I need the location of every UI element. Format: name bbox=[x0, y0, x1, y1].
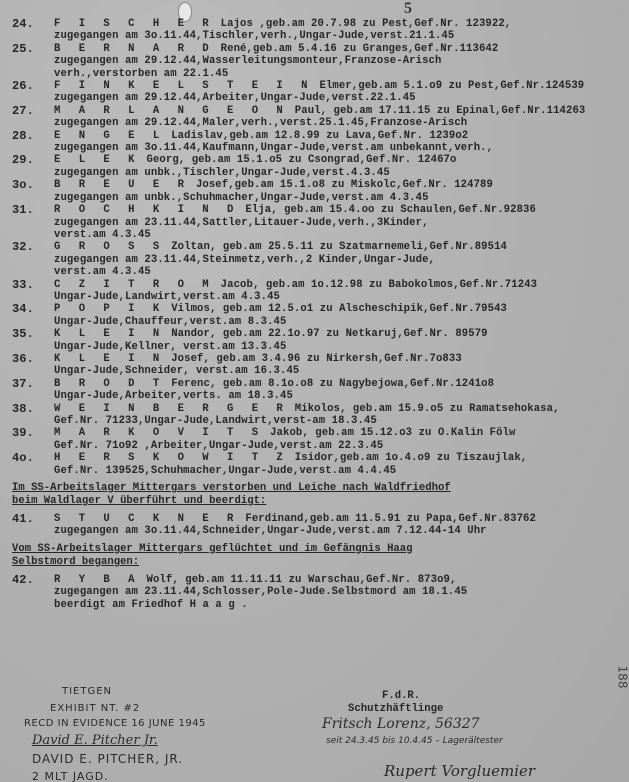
entry-line: zugegangen am unbk.,Tischler,Ungar-Jude,… bbox=[54, 167, 617, 179]
handwritten-name-pitcher: DAVID E. PITCHER, JR. bbox=[32, 752, 183, 766]
entry-surname: B E R N A R D bbox=[54, 43, 215, 55]
entry-line: verh.,verstorben am 22.1.45 bbox=[54, 68, 617, 80]
entry-surname: B R O D T bbox=[54, 378, 165, 390]
entry-line: P O P I KVilmos, geb.am 12.5.o1 zu Alsch… bbox=[54, 303, 617, 315]
entry-line: Ungar-Jude,Arbeiter,verts. am 18.3.45 bbox=[54, 390, 617, 402]
entry-line: Gef.Nr. 139525,Schuhmacher,Ungar-Jude,ve… bbox=[54, 465, 617, 477]
entry-line: F I N K E L S T E I NElmer,geb.am 5.1.o9… bbox=[54, 80, 617, 92]
entry-number: 29. bbox=[12, 154, 54, 179]
entry-line: Ungar-Jude,Kellner, verst.am 13.3.45 bbox=[54, 341, 617, 353]
entry-line: beerdigt am Friedhof H a a g . bbox=[54, 599, 617, 611]
entry-surname: C Z I T R O M bbox=[54, 279, 215, 291]
entry-line: Gef.Nr. 71o92 ,Arbeiter,Ungar-Jude,verst… bbox=[54, 440, 617, 452]
entry-number: 26. bbox=[12, 80, 54, 105]
entry-line: C Z I T R O MJacob, geb.am 1o.12.98 zu B… bbox=[54, 279, 617, 291]
prisoner-entry: 36.K L E I NJosef, geb.am 3.4.96 zu Nirk… bbox=[12, 353, 617, 378]
prisoner-entry: 26.F I N K E L S T E I NElmer,geb.am 5.1… bbox=[12, 80, 617, 105]
handwritten-exhibit: EXHIBIT NT. #2 bbox=[50, 703, 140, 714]
section-heading-haag: Vom SS-Arbeitslager Mittergars geflüchte… bbox=[12, 543, 617, 569]
prisoner-entry: 39.M A R K O V I T SJakob, geb.am 15.12.… bbox=[12, 427, 617, 452]
handwritten-unit: 2 MLT JAGD. bbox=[32, 770, 109, 782]
entry-number: 4o. bbox=[12, 452, 54, 477]
entry-line: E N G E LLadislav,geb.am 12.8.99 zu Lava… bbox=[54, 130, 617, 142]
handwritten-tietgen: TIETGEN bbox=[62, 686, 112, 697]
prisoner-entry: 37.B R O D TFerenc, geb.am 8.1o.o8 zu Na… bbox=[12, 378, 617, 403]
entry-number: 32. bbox=[12, 241, 54, 278]
entry-line: zugegangen am 23.11.44,Schlosser,Pole-Ju… bbox=[54, 586, 617, 598]
entry-number: 42. bbox=[12, 574, 54, 611]
entry-surname: M A R K O V I T S bbox=[54, 427, 264, 439]
entry-line: verst.am 4.3.45 bbox=[54, 266, 617, 278]
prisoner-entry: 3o.B R E U E RJosef,geb.am 15.1.o8 zu Mi… bbox=[12, 179, 617, 204]
entry-line: Ungar-Jude,Chauffeur,verst.am 8.3.45 bbox=[54, 316, 617, 328]
entry-surname: F I S C H E R bbox=[54, 18, 215, 30]
entry-line: zugegangen am unbk.,Schuhmacher,Ungar-Ju… bbox=[54, 192, 617, 204]
entry-surname: P O P I K bbox=[54, 303, 165, 315]
entry-line: zugegangen am 3o.11.44,Kaufmann,Ungar-Ju… bbox=[54, 142, 617, 154]
margin-number: 188 bbox=[615, 666, 629, 689]
entry-number: 34. bbox=[12, 303, 54, 328]
section-heading-waldfriedhof: Im SS-Arbeitslager Mittergars verstorben… bbox=[12, 482, 617, 508]
signature-pitcher: David E. Pitcher Jr. bbox=[32, 733, 158, 748]
entries-list: 24.F I S C H E RLajos ,geb.am 20.7.98 zu… bbox=[12, 18, 617, 611]
entry-line: B E R N A R DRené,geb.am 5.4.16 zu Grang… bbox=[54, 43, 617, 55]
entry-number: 36. bbox=[12, 353, 54, 378]
entry-line: G R O S SZoltan, geb.am 25.5.11 zu Szatm… bbox=[54, 241, 617, 253]
entry-surname: R O C H K I N D bbox=[54, 204, 239, 216]
entry-line: R O C H K I N DElja, geb.am 15.4.oo zu S… bbox=[54, 204, 617, 216]
prisoner-entry: 27.M A R L A N G E O NPaul, geb.am 17.11… bbox=[12, 105, 617, 130]
typed-fdr: F.d.R. bbox=[382, 690, 420, 702]
entry-number: 28. bbox=[12, 130, 54, 155]
prisoner-entry: 4o.H E R S K O W I T ZIsidor,geb.am 1o.4… bbox=[12, 452, 617, 477]
entry-line: M A R L A N G E O NPaul, geb.am 17.11.15… bbox=[54, 105, 617, 117]
entry-number: 41. bbox=[12, 513, 54, 538]
entry-line: B R E U E RJosef,geb.am 15.1.o8 zu Misko… bbox=[54, 179, 617, 191]
entry-surname: S T U C K N E R bbox=[54, 513, 239, 525]
handwritten-received-evidence: RECD IN EVIDENCE 16 JUNE 1945 bbox=[24, 718, 206, 729]
entry-number: 33. bbox=[12, 279, 54, 304]
prisoner-entry: 25.B E R N A R DRené,geb.am 5.4.16 zu Gr… bbox=[12, 43, 617, 80]
entry-line: B R O D TFerenc, geb.am 8.1o.o8 zu Nagyb… bbox=[54, 378, 617, 390]
entry-number: 24. bbox=[12, 18, 54, 43]
entry-surname: R Y B A bbox=[54, 574, 141, 586]
entry-number: 27. bbox=[12, 105, 54, 130]
entry-number: 38. bbox=[12, 403, 54, 428]
document-page: 5 24.F I S C H E RLajos ,geb.am 20.7.98 … bbox=[0, 0, 629, 782]
entry-surname: B R E U E R bbox=[54, 179, 190, 191]
entry-line: Gef.Nr. 71233,Ungar-Jude,Landwirt,verst-… bbox=[54, 415, 617, 427]
entry-line: verst.am 4.3.45 bbox=[54, 229, 617, 241]
entry-line: F I S C H E RLajos ,geb.am 20.7.98 zu Pe… bbox=[54, 18, 617, 30]
prisoner-entry: 38.W E I N B E R G E RMikolos, geb.am 15… bbox=[12, 403, 617, 428]
entry-line: H E R S K O W I T ZIsidor,geb.am 1o.4.o9… bbox=[54, 452, 617, 464]
entry-number: 3o. bbox=[12, 179, 54, 204]
entry-line: W E I N B E R G E RMikolos, geb.am 15.9.… bbox=[54, 403, 617, 415]
entry-line: K L E I NJosef, geb.am 3.4.96 zu Nirkers… bbox=[54, 353, 617, 365]
prisoner-entry: 35.K L E I NNandor, geb.am 22.1o.97 zu N… bbox=[12, 328, 617, 353]
entry-line: R Y B AWolf, geb.am 11.11.11 zu Warschau… bbox=[54, 574, 617, 586]
entry-number: 25. bbox=[12, 43, 54, 80]
entry-surname: M A R L A N G E O N bbox=[54, 105, 289, 117]
prisoner-entry: 42.R Y B AWolf, geb.am 11.11.11 zu Warsc… bbox=[12, 574, 617, 611]
entry-line: Ungar-Jude,Landwirt,verst.am 4.3.45 bbox=[54, 291, 617, 303]
entry-surname: G R O S S bbox=[54, 241, 165, 253]
handwritten-lageraeltester: seit 24.3.45 bis 10.4.45 – Lagerältester bbox=[326, 736, 503, 746]
entry-line: zugegangen am 29.12.44,Maler,verh.,verst… bbox=[54, 117, 617, 129]
prisoner-entry: 24.F I S C H E RLajos ,geb.am 20.7.98 zu… bbox=[12, 18, 617, 43]
entry-line: S T U C K N E RFerdinand,geb.am 11.5.91 … bbox=[54, 513, 617, 525]
entry-number: 31. bbox=[12, 204, 54, 241]
typed-schutzhaeftlinge: Schutzhäftlinge bbox=[348, 703, 443, 715]
prisoner-entry: 28.E N G E LLadislav,geb.am 12.8.99 zu L… bbox=[12, 130, 617, 155]
entry-line: K L E I NNandor, geb.am 22.1o.97 zu Netk… bbox=[54, 328, 617, 340]
prisoner-entry: 29.E L E KGeorg, geb.am 15.1.o5 zu Csong… bbox=[12, 154, 617, 179]
entry-line: Ungar-Jude,Schneider, verst.am 16.3.45 bbox=[54, 365, 617, 377]
entry-surname: E L E K bbox=[54, 154, 141, 166]
entry-surname: E N G E L bbox=[54, 130, 165, 142]
handwritten-fritsch: Fritsch Lorenz, 56327 bbox=[322, 716, 480, 732]
entry-surname: F I N K E L S T E I N bbox=[54, 80, 314, 92]
entry-surname: H E R S K O W I T Z bbox=[54, 452, 289, 464]
page-number: 5 bbox=[404, 0, 412, 18]
entry-line: M A R K O V I T SJakob, geb.am 15.12.o3 … bbox=[54, 427, 617, 439]
entry-number: 35. bbox=[12, 328, 54, 353]
entry-line: zugegangen am 29.12.44,Wasserleitungsmon… bbox=[54, 55, 617, 67]
entry-surname: W E I N B E R G E R bbox=[54, 403, 289, 415]
entry-surname: K L E I N bbox=[54, 353, 165, 365]
entry-number: 37. bbox=[12, 378, 54, 403]
entry-surname: K L E I N bbox=[54, 328, 165, 340]
entry-number: 39. bbox=[12, 427, 54, 452]
prisoner-entry: 34.P O P I KVilmos, geb.am 12.5.o1 zu Al… bbox=[12, 303, 617, 328]
prisoner-entry: 33.C Z I T R O MJacob, geb.am 1o.12.98 z… bbox=[12, 279, 617, 304]
entry-line: zugegangen am 23.11.44,Sattler,Litauer-J… bbox=[54, 217, 617, 229]
entry-line: zugegangen am 3o.11.44,Tischler,verh.,Un… bbox=[54, 30, 617, 42]
entry-line: zugegangen am 29.12.44,Arbeiter,Ungar-Ju… bbox=[54, 92, 617, 104]
entry-line: zugegangen am 3o.11.44,Schneider,Ungar-J… bbox=[54, 525, 617, 537]
entry-line: zugegangen am 23.11.44,Steinmetz,verh.,2… bbox=[54, 254, 617, 266]
prisoner-entry: 31.R O C H K I N DElja, geb.am 15.4.oo z… bbox=[12, 204, 617, 241]
prisoner-entry: 41.S T U C K N E RFerdinand,geb.am 11.5.… bbox=[12, 513, 617, 538]
prisoner-entry: 32.G R O S SZoltan, geb.am 25.5.11 zu Sz… bbox=[12, 241, 617, 278]
entry-line: E L E KGeorg, geb.am 15.1.o5 zu Csongrad… bbox=[54, 154, 617, 166]
signature-right: Rupert Vorgluemier bbox=[384, 762, 535, 780]
